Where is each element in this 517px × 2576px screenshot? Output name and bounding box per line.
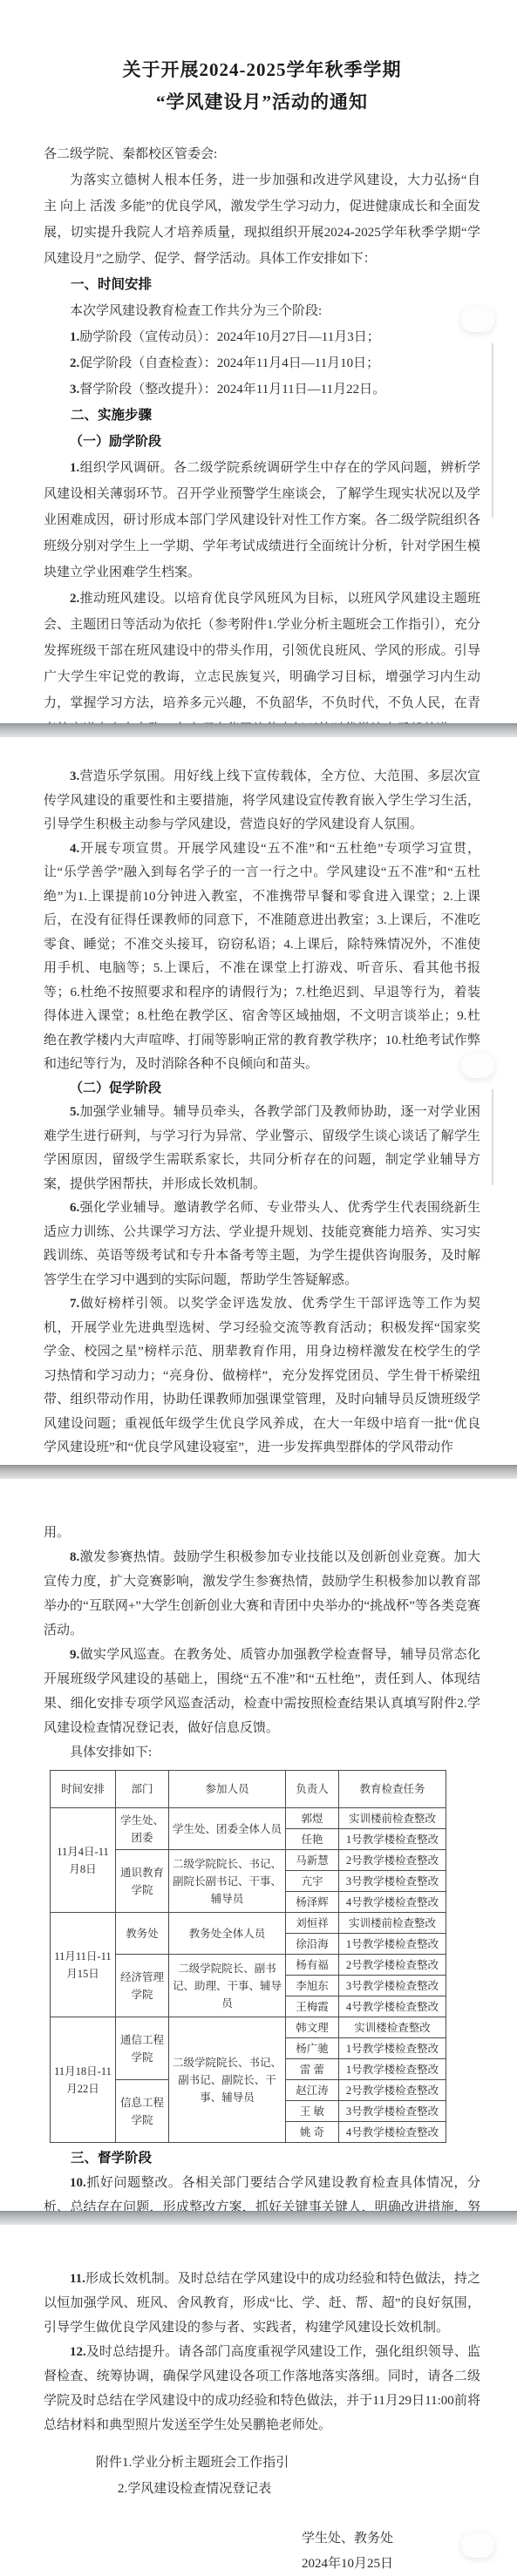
header-task: 教育检查任务 (339, 1771, 446, 1808)
paragraph-4: 4.开展专项宣贯。开展学风建设“五不准”和“五杜绝”专项学习宣贯，让“乐学善学”… (44, 837, 480, 1077)
paragraph-11: 11.形成长效机制。及时总结在学风建设中的成功经验和特色做法，持之以恒加强学风、… (44, 2267, 480, 2340)
scroll-handle[interactable] (461, 307, 494, 332)
scrollbar-track-segment (492, 343, 493, 518)
cell-date-g2: 11月11日-11月15日 (51, 1913, 116, 2017)
stage-line-1: 1.励学阶段（宣传动员）：2024年10月27日—11月3日； (44, 324, 480, 350)
title-line-2: “学风建设月”活动的通知 (156, 92, 368, 112)
paragraph-11-text: 形成长效机制。及时总结在学风建设中的成功经验和特色做法，持之以恒加强学风、班风、… (44, 2272, 480, 2335)
cell-participants: 学生处、团委全体人员 (169, 1808, 286, 1850)
page-separator-1 (0, 723, 517, 737)
paragraph-7-text: 做好榜样引领。以奖学金评选发放、优秀学生干部评选等工作为契机，开展学业先进典型选… (44, 1297, 480, 1454)
paragraph-3: 3.营造乐学氛围。用好线上线下宣传载体，全方位、大范围、多层次宣传学风建设的重要… (44, 765, 480, 837)
paragraph-6-text: 强化学业辅导。邀请教学名师、专业带头人、优秀学生代表围绕新生适应力训练、公共课学… (44, 1201, 480, 1287)
cell-date-g1: 11月4日-11月8日 (51, 1808, 116, 1913)
paragraph-1-text: 组织学风调研。各二级学院系统调研学生中存在的学风问题，辨析学风建设相关薄弱环节。… (44, 461, 480, 580)
cell-task: 实训楼检查整改 (339, 2017, 446, 2038)
paragraph-12-text: 及时总结提升。请各部门高度重视学风建设工作，强化组织领导、监督检查、统筹协调，确… (44, 2345, 480, 2432)
cell-person: 杨广驰 (286, 2038, 339, 2059)
page-separator-2 (0, 1465, 517, 1479)
cell-dept: 通信工程学院 (116, 2017, 169, 2080)
paragraph-7-continuation: 用。 (44, 1521, 480, 1545)
cell-task: 4号教学楼检查整改 (339, 1892, 446, 1913)
page-3: 用。 8.激发参赛热情。鼓励学生积极参加专业技能以及创新创业竞赛。加大宣传力度，… (0, 1479, 517, 2211)
cell-dept: 学生处、团委 (116, 1808, 169, 1850)
cell-participants: 二级学院院长、书记、副书记、副院长、干事、辅导员 (169, 2017, 286, 2143)
stage-1-num: 1. (70, 330, 79, 344)
page-4: 11.形成长效机制。及时总结在学风建设中的成功经验和特色做法，持之以恒加强学风、… (0, 2225, 517, 2576)
cell-person: 姚 奇 (286, 2122, 339, 2143)
paragraph-4-text: 开展专项宣贯。开展学风建设“五不准”和“五杜绝”专项学习宣贯，让“乐学善学”融入… (44, 842, 480, 1072)
cell-dept: 教务处 (116, 1913, 169, 1955)
cell-task: 实训楼前检查整改 (339, 1913, 446, 1934)
paragraph-3-num: 3. (70, 769, 79, 783)
cell-person: 杨有福 (286, 1955, 339, 1976)
cell-task: 2号教学楼检查整改 (339, 2080, 446, 2101)
cell-participants: 二级学院院长、书记、副院长副书记、干事、辅导员 (169, 1850, 286, 1913)
cell-participants: 二级学院院长、副书记、助理、干事、辅导员 (169, 1955, 286, 2017)
cell-person: 王梅霞 (286, 1996, 339, 2017)
header-time: 时间安排 (51, 1771, 116, 1808)
header-participants: 参加人员 (169, 1771, 286, 1808)
paragraph-10: 10.抓好问题整改。各相关部门要结合学风建设教育检查具体情况，分析、总结存在问题… (44, 2171, 480, 2211)
stage-3-text: 督学阶段（整改提升）：2024年11月11日—11月22日。 (79, 383, 385, 397)
paragraph-11-num: 11. (70, 2272, 85, 2286)
paragraph-1: 1.组织学风调研。各二级学院系统调研学生中存在的学风问题，辨析学风建设相关薄弱环… (44, 455, 480, 586)
cell-task: 实训楼前检查整改 (339, 1808, 446, 1829)
paragraph-3-text: 营造乐学氛围。用好线上线下宣传载体，全方位、大范围、多层次宣传学风建设的重要性和… (44, 769, 480, 831)
signature-date: 2024年10月25日 (44, 2552, 393, 2576)
cell-task: 1号教学楼检查整改 (339, 1934, 446, 1955)
stage-2-num: 2. (70, 356, 79, 370)
cell-task: 1号教学楼检查整改 (339, 1829, 446, 1850)
intro-paragraph: 为落实立德树人根本任务，进一步加强和改进学风建设，大力弘扬“自主 向上 活泼 多… (44, 167, 480, 272)
page-2: 3.营造乐学氛围。用好线上线下宣传载体，全方位、大范围、多层次宣传学风建设的重要… (0, 737, 517, 1465)
paragraph-10-text: 抓好问题整改。各相关部门要结合学风建设教育检查具体情况，分析、总结存在问题，形成… (44, 2176, 480, 2211)
cell-participants: 教务处全体人员 (169, 1913, 286, 1955)
paragraph-10-num: 10. (70, 2176, 86, 2190)
paragraph-1-num: 1. (70, 461, 79, 475)
stage-2-text: 促学阶段（自查检查）：2024年11月4日—11月10日； (79, 356, 379, 370)
section-heading-duxue: 三、督学阶段 (44, 2146, 480, 2171)
cell-person: 马新慧 (286, 1850, 339, 1871)
paragraph-2: 2.推动班风建设。以培育优良学风班风为目标，以班风学风建设主题班会、主题团日等活… (44, 586, 480, 723)
cell-dept: 通识教育学院 (116, 1850, 169, 1913)
paragraph-7-num: 7. (70, 1297, 79, 1311)
cell-person: 李旭东 (286, 1976, 339, 1996)
stage-3-num: 3. (70, 383, 79, 397)
paragraph-9-text: 做实学风巡查。在教务处、质管办加强教学检查督导，辅导员常态化开展班级学风建设的基… (44, 1648, 480, 1735)
paragraph-8-text: 激发参赛热情。鼓励学生积极参加专业技能以及创新创业竞赛。加大宣传力度，扩大竞赛影… (44, 1550, 480, 1637)
paragraph-6-num: 6. (70, 1201, 79, 1215)
attachment-line-2: 2.学风建设检查情况登记表 (44, 2476, 480, 2502)
cell-dept: 信息工程学院 (116, 2080, 169, 2143)
cell-person: 刘恒祥 (286, 1913, 339, 1934)
stage-line-2: 2.促学阶段（自查检查）：2024年11月4日—11月10日； (44, 350, 480, 376)
attachment-line-1: 附件1.学业分析主题班会工作指引 (44, 2450, 480, 2476)
cell-dept: 经济管理学院 (116, 1955, 169, 2017)
cell-task: 3号教学楼检查整改 (339, 1976, 446, 1996)
paragraph-5: 5.加强学业辅导。辅导员牵头，各教学部门及教师协助，逐一对学业困难学生进行研判，… (44, 1101, 480, 1196)
cell-task: 3号教学楼检查整改 (339, 1871, 446, 1892)
stage-line-3: 3.督学阶段（整改提升）：2024年11月11日—11月22日。 (44, 376, 480, 403)
document-viewer: 关于开展2024-2025学年秋季学期 “学风建设月”活动的通知 各二级学院、秦… (0, 0, 517, 2576)
table-row: 11月11日-11月15日 教务处 教务处全体人员 刘恒祥 实训楼前检查整改 (51, 1913, 446, 1934)
table-header-row: 时间安排 部门 参加人员 负责人 教育检查任务 (51, 1771, 446, 1808)
cell-person: 雷 蕾 (286, 2059, 339, 2080)
salutation: 各二级学院、秦都校区管委会: (44, 141, 480, 167)
paragraph-9: 9.做实学风巡查。在教务处、质管办加强教学检查督导，辅导员常态化开展班级学风建设… (44, 1643, 480, 1740)
paragraph-5-num: 5. (70, 1105, 79, 1119)
cell-person: 徐沿海 (286, 1934, 339, 1955)
paragraph-5-text: 加强学业辅导。辅导员牵头，各教学部门及教师协助，逐一对学业困难学生进行研判，与学… (44, 1105, 480, 1191)
document-title: 关于开展2024-2025学年秋季学期 “学风建设月”活动的通知 (44, 54, 480, 119)
cell-person: 杨泽辉 (286, 1892, 339, 1913)
subsection-heading-cuxue: （二）促学阶段 (44, 1077, 480, 1102)
paragraph-9-num: 9. (70, 1648, 79, 1662)
cell-person: 亢宇 (286, 1871, 339, 1892)
cell-person: 任艳 (286, 1829, 339, 1850)
page-separator-3 (0, 2211, 517, 2225)
section-heading-steps: 二、实施步骤 (44, 403, 480, 429)
paragraph-12-num: 12. (70, 2345, 86, 2359)
table-row: 11月18日-11月22日 通信工程学院 二级学院院长、书记、副书记、副院长、干… (51, 2017, 446, 2038)
title-line-1: 关于开展2024-2025学年秋季学期 (123, 59, 402, 80)
stage-1-text: 励学阶段（宣传动员）：2024年10月27日—11月3日； (79, 330, 379, 344)
cell-person: 赵江涛 (286, 2080, 339, 2101)
cell-person: 郭煜 (286, 1808, 339, 1829)
header-person-in-charge: 负责人 (286, 1771, 339, 1808)
scroll-handle[interactable] (461, 1053, 494, 1078)
signature-org: 学生处、教务处 (44, 2526, 393, 2552)
cell-person: 韩文理 (286, 2017, 339, 2038)
cell-task: 1号教学楼检查整改 (339, 2059, 446, 2080)
paragraph-4-num: 4. (70, 842, 79, 856)
paragraph-7: 7.做好榜样引领。以奖学金评选发放、优秀学生干部评选等工作为契机，开展学业先进典… (44, 1292, 480, 1461)
stages-intro: 本次学风建设教育检查工作共分为三个阶段: (44, 298, 480, 324)
section-heading-time: 一、时间安排 (44, 272, 480, 298)
subsection-heading-lixue: （一）励学阶段 (44, 429, 480, 455)
scrollbar-track-segment (492, 1089, 493, 1185)
scroll-handle[interactable] (461, 2532, 494, 2558)
cell-task: 4号教学楼检查整改 (339, 2122, 446, 2143)
paragraph-2-text: 推动班风建设。以培育优良学风班风为目标，以班风学风建设主题班会、主题团日等活动为… (44, 592, 480, 723)
cell-task: 4号教学楼检查整改 (339, 1996, 446, 2017)
paragraph-6: 6.强化学业辅导。邀请教学名师、专业带头人、优秀学生代表围绕新生适应力训练、公共… (44, 1196, 480, 1292)
cell-person: 王 敏 (286, 2101, 339, 2122)
cell-task: 3号教学楼检查整改 (339, 2101, 446, 2122)
signature-block: 学生处、教务处 2024年10月25日 (44, 2526, 480, 2576)
paragraph-8: 8.激发参赛热情。鼓励学生积极参加专业技能以及创新创业竞赛。加大宣传力度，扩大竞… (44, 1545, 480, 1643)
paragraph-12: 12.及时总结提升。请各部门高度重视学风建设工作，强化组织领导、监督检查、统筹协… (44, 2340, 480, 2437)
page-1: 关于开展2024-2025学年秋季学期 “学风建设月”活动的通知 各二级学院、秦… (0, 0, 517, 723)
cell-date-g3: 11月18日-11月22日 (51, 2017, 116, 2143)
header-department: 部门 (116, 1771, 169, 1808)
inspection-schedule-table: 时间安排 部门 参加人员 负责人 教育检查任务 11月4日-11月8日 学生处、… (50, 1770, 446, 2143)
cell-task: 1号教学楼检查整改 (339, 2038, 446, 2059)
cell-task: 2号教学楼检查整改 (339, 1955, 446, 1976)
schedule-intro: 具体安排如下: (44, 1740, 480, 1765)
paragraph-2-num: 2. (70, 592, 79, 606)
cell-task: 2号教学楼检查整改 (339, 1850, 446, 1871)
paragraph-8-num: 8. (70, 1550, 79, 1564)
table-row: 11月4日-11月8日 学生处、团委 学生处、团委全体人员 郭煜 实训楼前检查整… (51, 1808, 446, 1829)
